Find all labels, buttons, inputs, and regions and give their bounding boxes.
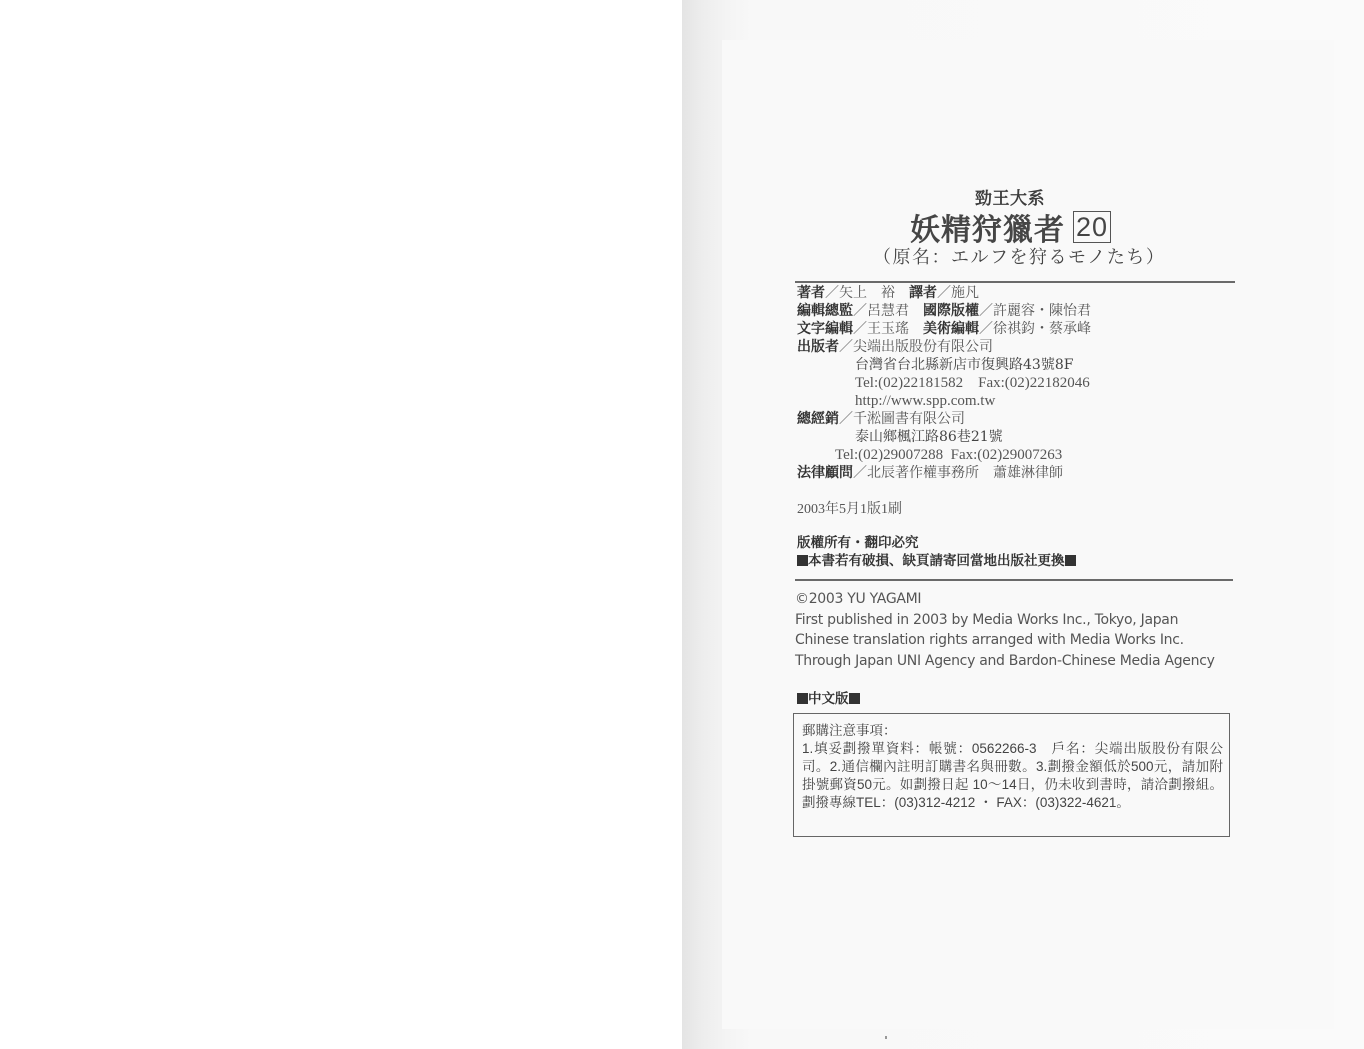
- divider-top: [795, 281, 1235, 283]
- mail-order-notice-box: 郵購注意事項： 1.填妥劃撥單資料：帳號：0562266-3 戶名：尖端出版股份…: [793, 713, 1230, 837]
- colophon-page: [682, 0, 1364, 1049]
- credit-label: 著者: [797, 285, 825, 301]
- print-speck: [885, 1036, 887, 1039]
- credit-value: ／尖端出版股份有限公司: [839, 339, 993, 355]
- credit-value: ／許麗容・陳怡君: [979, 303, 1091, 319]
- copyright-line-1: ©2003 YU YAGAMI: [795, 589, 1215, 610]
- volume-number-badge: 20: [1073, 211, 1111, 243]
- credit-line-publisher: 出版者／尖端出版股份有限公司: [797, 338, 1091, 356]
- print-date: 2003年5月1版1刷: [797, 498, 902, 518]
- credit-value: ／呂慧君: [853, 303, 923, 319]
- publisher-phone-fax: Tel:(02)22181582 Fax:(02)22182046: [797, 374, 1091, 392]
- left-blank-page: [0, 0, 682, 1049]
- credit-label: 總經銷: [797, 411, 839, 427]
- credit-value: ／千淞圖書有限公司: [839, 411, 965, 427]
- mail-order-body: 1.填妥劃撥單資料：帳號：0562266-3 戶名：尖端出版股份有限公司。2.通…: [802, 740, 1223, 812]
- rights-line-1: 版權所有・翻印必究: [797, 534, 1076, 552]
- original-title: （原名：エルフを狩るモノたち）: [873, 243, 1165, 269]
- credit-line-editors: 文字編輯／王玉瑤 美術編輯／徐祺鈞・蔡承峰: [797, 320, 1091, 338]
- credit-line-legal: 法律顧問／北辰著作權事務所 蕭雄淋律師: [797, 464, 1091, 482]
- publisher-address: 台灣省台北縣新店市復興路43號8F: [797, 356, 1091, 374]
- credit-value: ／施凡: [937, 285, 979, 301]
- square-bullet-icon: [849, 693, 860, 704]
- copyright-line-3: Chinese translation rights arranged with…: [795, 630, 1215, 651]
- divider-middle: [795, 579, 1233, 581]
- distributor-phone-fax: Tel:(02)29007288 Fax:(02)29007263: [797, 446, 1091, 464]
- copyright-block: ©2003 YU YAGAMI First published in 2003 …: [795, 589, 1215, 671]
- credit-label: 法律顧問: [797, 465, 853, 481]
- credit-label: 出版者: [797, 339, 839, 355]
- credit-label: 國際版權: [923, 303, 979, 319]
- copyright-line-4: Through Japan UNI Agency and Bardon-Chin…: [795, 651, 1215, 672]
- credit-line-distributor: 總經銷／千淞圖書有限公司: [797, 410, 1091, 428]
- square-bullet-icon: [797, 693, 808, 704]
- credit-label: 美術編輯: [923, 321, 979, 337]
- square-bullet-icon: [797, 555, 808, 566]
- credits-block: 著者／矢上 裕 譯者／施凡 編輯總監／呂慧君 國際版權／許麗容・陳怡君 文字編輯…: [797, 284, 1091, 482]
- credit-line-author: 著者／矢上 裕 譯者／施凡: [797, 284, 1091, 302]
- edition-label: 中文版: [797, 687, 860, 707]
- distributor-address: 泰山鄉楓江路86巷21號: [797, 428, 1091, 446]
- rights-line-2: 本書若有破損、缺頁請寄回當地出版社更換: [797, 552, 1076, 570]
- rights-notice: 版權所有・翻印必究 本書若有破損、缺頁請寄回當地出版社更換: [797, 534, 1076, 570]
- rights-line-2-text: 本書若有破損、缺頁請寄回當地出版社更換: [808, 553, 1065, 569]
- credit-label: 文字編輯: [797, 321, 853, 337]
- credit-value: ／徐祺鈞・蔡承峰: [979, 321, 1091, 337]
- credit-label: 譯者: [909, 285, 937, 301]
- credit-value: ／王玉瑤: [853, 321, 923, 337]
- square-bullet-icon: [1065, 555, 1076, 566]
- copyright-line-2: First published in 2003 by Media Works I…: [795, 610, 1215, 631]
- mail-order-heading: 郵購注意事項：: [802, 722, 1223, 740]
- credit-value: ／北辰著作權事務所 蕭雄淋律師: [853, 465, 1063, 481]
- edition-label-text: 中文版: [808, 691, 849, 707]
- credit-label: 編輯總監: [797, 303, 853, 319]
- credit-value: ／矢上 裕: [825, 285, 909, 301]
- credit-line-editor-chief: 編輯總監／呂慧君 國際版權／許麗容・陳怡君: [797, 302, 1091, 320]
- publisher-website: http://www.spp.com.tw: [797, 392, 1091, 410]
